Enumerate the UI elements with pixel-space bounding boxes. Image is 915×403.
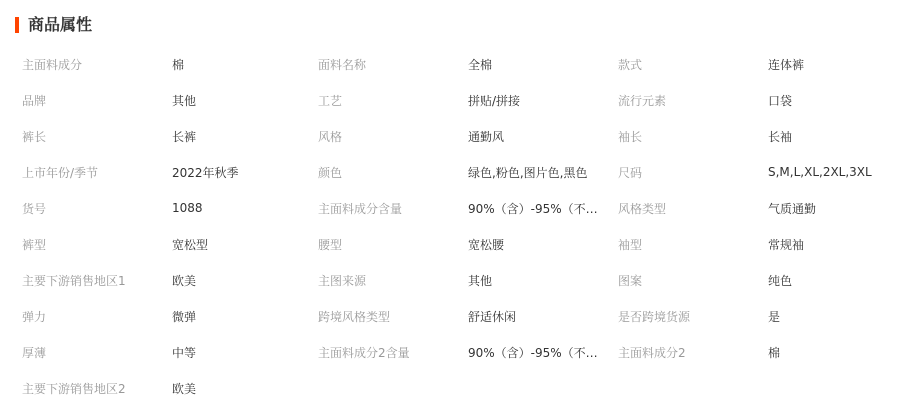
attribute-label: 是否跨境货源 (618, 308, 768, 325)
attribute-label: 主面料成分2含量 (318, 344, 468, 361)
attribute-cell: 腰型宽松腰 (318, 226, 618, 262)
attribute-cell: 袖长长袖 (618, 118, 897, 154)
attribute-label: 工艺 (318, 92, 468, 109)
attribute-value: 全棉 (468, 56, 502, 73)
attribute-label: 风格类型 (618, 200, 768, 217)
attribute-cell: 主要下游销售地区2欧美 (22, 370, 318, 403)
attribute-cell: 工艺拼贴/拼接 (318, 82, 618, 118)
attribute-value: 中等 (172, 344, 206, 361)
attribute-label: 面料名称 (318, 56, 468, 73)
attribute-cell: 主图来源其他 (318, 262, 618, 298)
attribute-value: 宽松腰 (468, 236, 514, 253)
attribute-cell: 面料名称全棉 (318, 46, 618, 82)
attribute-cell: 货号1088 (22, 190, 318, 226)
attribute-label: 尺码 (618, 164, 768, 181)
attribute-label: 图案 (618, 272, 768, 289)
attribute-value: 绿色,粉色,图片色,黑色 (468, 164, 597, 181)
attribute-label: 颜色 (318, 164, 468, 181)
attribute-cell: 跨境风格类型舒适休闲 (318, 298, 618, 334)
attribute-label: 裤长 (22, 128, 172, 145)
section-title: 商品属性 (28, 14, 92, 36)
attribute-label: 袖长 (618, 128, 768, 145)
attribute-cell: 品牌其他 (22, 82, 318, 118)
attribute-cell: 是否跨境货源是 (618, 298, 897, 334)
attribute-cell: 图案纯色 (618, 262, 897, 298)
attribute-cell: 厚薄中等 (22, 334, 318, 370)
attribute-value: 欧美 (172, 272, 206, 289)
attribute-cell: 主要下游销售地区1欧美 (22, 262, 318, 298)
attribute-value: 纯色 (768, 272, 802, 289)
attribute-label: 上市年份/季节 (22, 164, 172, 181)
attribute-label: 风格 (318, 128, 468, 145)
attribute-value: 其他 (468, 272, 502, 289)
attribute-value: 拼贴/拼接 (468, 92, 530, 109)
attribute-cell: 主面料成分2棉 (618, 334, 897, 370)
accent-bar-icon (15, 17, 19, 33)
attribute-label: 流行元素 (618, 92, 768, 109)
attribute-value: 90%（含）-95%（不… (468, 200, 608, 217)
attribute-cell: 袖型常规袖 (618, 226, 897, 262)
attribute-value: 1088 (172, 201, 213, 215)
attribute-value: 长裤 (172, 128, 206, 145)
attribute-value: 舒适休闲 (468, 308, 526, 325)
attribute-label: 主面料成分含量 (318, 200, 468, 217)
attribute-value: 通勤风 (468, 128, 514, 145)
product-attributes-header: 商品属性 (15, 14, 915, 36)
attribute-value: S,M,L,XL,2XL,3XL (768, 165, 882, 179)
attribute-cell: 流行元素口袋 (618, 82, 897, 118)
attribute-cell: 上市年份/季节2022年秋季 (22, 154, 318, 190)
attribute-value: 2022年秋季 (172, 164, 249, 181)
attribute-label: 品牌 (22, 92, 172, 109)
attribute-value: 棉 (768, 344, 790, 361)
attribute-label: 主面料成分 (22, 56, 172, 73)
attribute-label: 腰型 (318, 236, 468, 253)
attribute-cell: 主面料成分2含量90%（含）-95%（不… (318, 334, 618, 370)
attribute-value: 是 (768, 308, 790, 325)
attribute-value: 棉 (172, 56, 194, 73)
attribute-cell: 颜色绿色,粉色,图片色,黑色 (318, 154, 618, 190)
attribute-cell: 尺码S,M,L,XL,2XL,3XL (618, 154, 897, 190)
attribute-value: 宽松型 (172, 236, 218, 253)
attribute-cell: 款式连体裤 (618, 46, 897, 82)
attribute-value: 其他 (172, 92, 206, 109)
attribute-value: 常规袖 (768, 236, 814, 253)
attribute-cell: 裤型宽松型 (22, 226, 318, 262)
attribute-cell: 裤长长裤 (22, 118, 318, 154)
attribute-value: 口袋 (768, 92, 802, 109)
attribute-cell: 主面料成分棉 (22, 46, 318, 82)
attribute-label: 主面料成分2 (618, 344, 768, 361)
attribute-value: 长袖 (768, 128, 802, 145)
attribute-label: 厚薄 (22, 344, 172, 361)
attribute-cell: 风格类型气质通勤 (618, 190, 897, 226)
attribute-cell: 主面料成分含量90%（含）-95%（不… (318, 190, 618, 226)
attribute-label: 款式 (618, 56, 768, 73)
attribute-label: 主要下游销售地区2 (22, 380, 172, 397)
attribute-cell: 弹力微弹 (22, 298, 318, 334)
attribute-label: 货号 (22, 200, 172, 217)
attributes-grid: 主面料成分棉面料名称全棉款式连体裤品牌其他工艺拼贴/拼接流行元素口袋裤长长裤风格… (0, 46, 915, 403)
attribute-label: 袖型 (618, 236, 768, 253)
attribute-value: 微弹 (172, 308, 206, 325)
attribute-value: 90%（含）-95%（不… (468, 344, 608, 361)
attribute-label: 裤型 (22, 236, 172, 253)
attribute-label: 弹力 (22, 308, 172, 325)
attribute-value: 连体裤 (768, 56, 814, 73)
attribute-label: 主要下游销售地区1 (22, 272, 172, 289)
attribute-value: 气质通勤 (768, 200, 826, 217)
attribute-value: 欧美 (172, 380, 206, 397)
attribute-label: 主图来源 (318, 272, 468, 289)
attribute-label: 跨境风格类型 (318, 308, 468, 325)
attribute-cell: 风格通勤风 (318, 118, 618, 154)
